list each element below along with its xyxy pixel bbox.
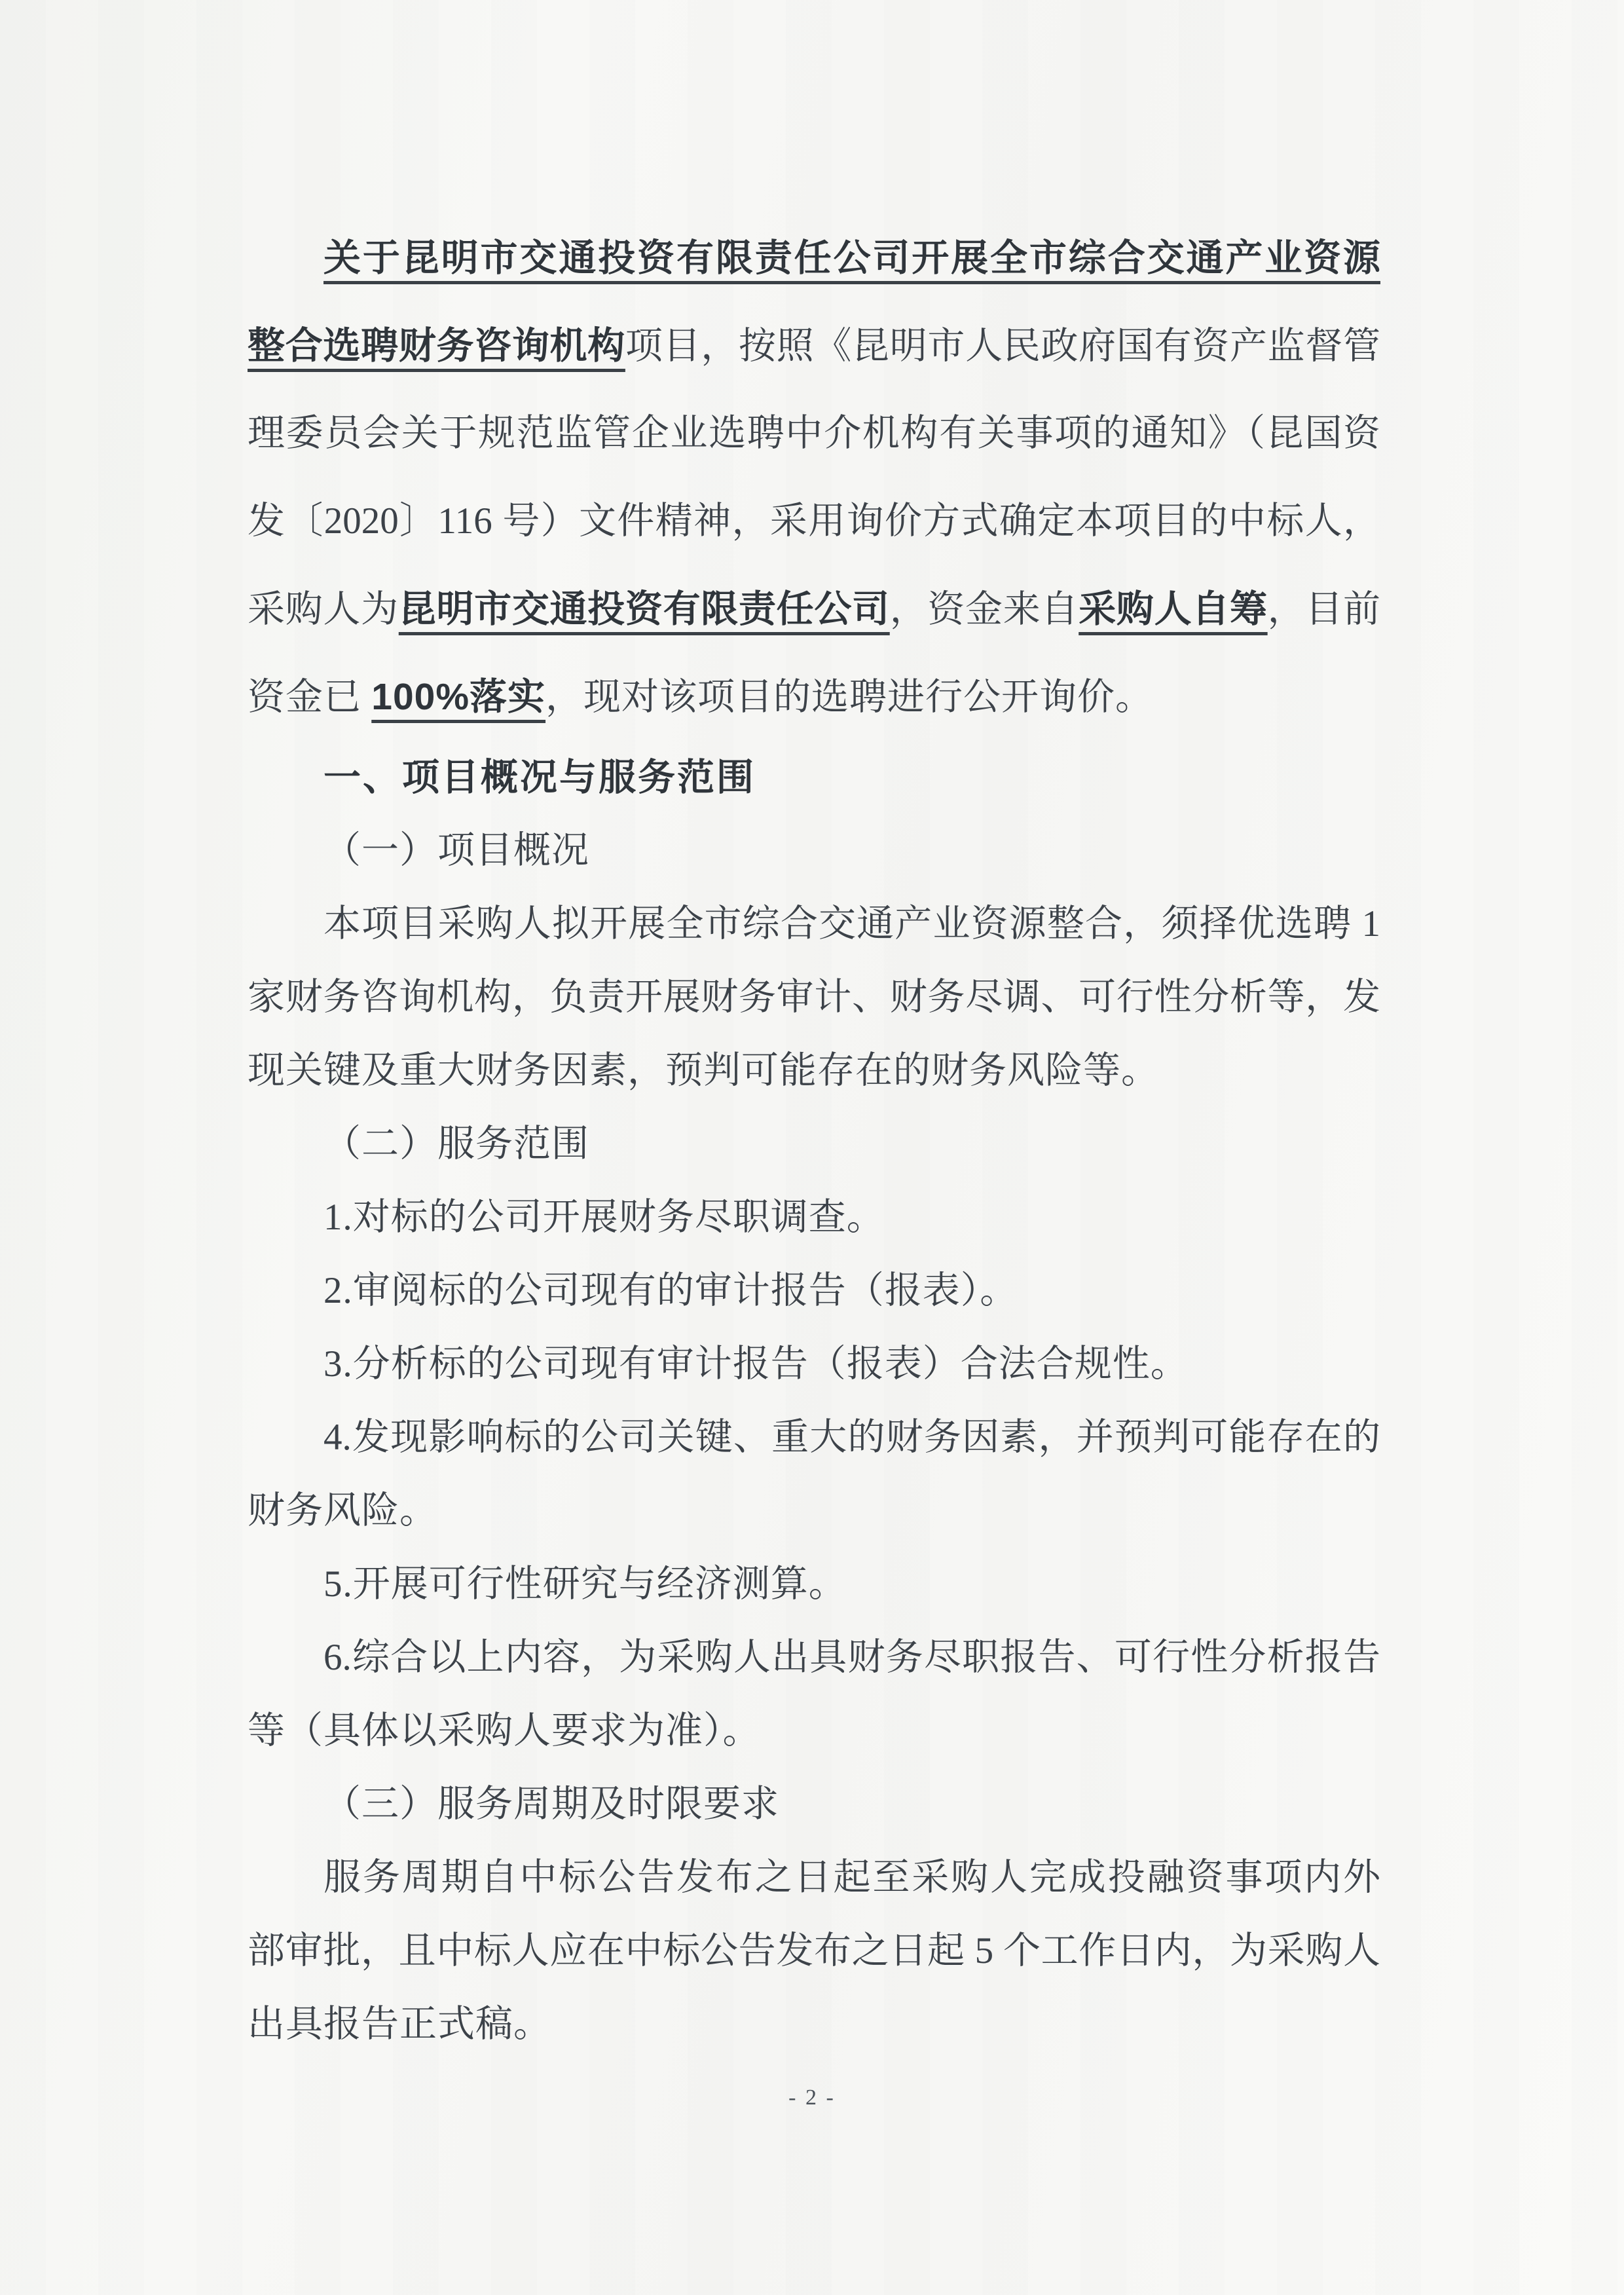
text-segment: 4.发现影响标的公司关键、重大的财务因素，并预判可能存在的 xyxy=(323,1417,1380,1458)
text-line: 整合选聘财务咨询机构项目，按照《昆明市人民政府国有资产监督管 xyxy=(248,302,1380,390)
text-line: 出具报告正式稿。 xyxy=(248,1988,1380,2061)
text-segment: 3.分析标的公司现有审计报告（报表）合法合规性。 xyxy=(323,1343,1189,1385)
text-line: 家财务咨询机构，负责开展财务审计、财务尽调、可行性分析等，发 xyxy=(248,961,1380,1034)
text-line: （三）服务周期及时限要求 xyxy=(248,1768,1380,1841)
text-segment: ，目前 xyxy=(1268,589,1380,630)
text-line: 理委员会关于规范监管企业选聘中介机构有关事项的通知》（昆国资 xyxy=(248,390,1380,477)
text-segment: 财务风险。 xyxy=(248,1490,437,1531)
text-segment: ，资金来自 xyxy=(890,589,1079,630)
text-line: 发〔2020〕116 号）文件精神，采用询价方式确定本项目的中标人， xyxy=(248,477,1380,565)
text-segment: 一、项目概况与服务范围 xyxy=(323,756,756,798)
text-segment: 1.对标的公司开展财务尽职调查。 xyxy=(323,1197,885,1238)
text-segment: 整合选聘财务咨询机构 xyxy=(248,325,625,367)
text-line: 2.审阅标的公司现有的审计报告（报表）。 xyxy=(248,1254,1380,1328)
text-segment: （一）项目概况 xyxy=(323,830,589,871)
text-segment: ，现对该项目的选聘进行公开询价。 xyxy=(545,677,1153,718)
text-segment: 6.综合以上内容，为采购人出具财务尽职报告、可行性分析报告 xyxy=(323,1637,1380,1678)
text-segment: 本项目采购人拟开展全市综合交通产业资源整合，须择优选聘 1 xyxy=(323,903,1380,944)
text-segment: 出具报告正式稿。 xyxy=(248,2004,551,2045)
text-segment: 5.开展可行性研究与经济测算。 xyxy=(323,1563,847,1605)
page-number: - 2 - xyxy=(0,2085,1624,2110)
text-segment: （三）服务周期及时限要求 xyxy=(323,1783,779,1825)
text-line: 6.综合以上内容，为采购人出具财务尽职报告、可行性分析报告 xyxy=(248,1621,1380,1694)
text-segment: 现关键及重大财务因素，预判可能存在的财务风险等。 xyxy=(248,1050,1159,1091)
text-segment: 资金已 xyxy=(248,677,371,718)
text-line: （二）服务范围 xyxy=(248,1108,1380,1181)
text-segment: 理委员会关于规范监管企业选聘中介机构有关事项的通知》（昆国资 xyxy=(248,413,1380,454)
section-heading: 一、项目概况与服务范围 xyxy=(248,741,1380,814)
scanned-document-page: 关于昆明市交通投资有限责任公司开展全市综合交通产业资源整合选聘财务咨询机构项目，… xyxy=(0,0,1624,2295)
text-segment: 等（具体以采购人要求为准）。 xyxy=(248,1710,761,1751)
text-line: 等（具体以采购人要求为准）。 xyxy=(248,1694,1380,1768)
text-segment: 家财务咨询机构，负责开展财务审计、财务尽调、可行性分析等，发 xyxy=(248,977,1380,1018)
text-line: 现关键及重大财务因素，预判可能存在的财务风险等。 xyxy=(248,1034,1380,1108)
text-segment: （二）服务范围 xyxy=(323,1123,589,1165)
text-segment: 2.审阅标的公司现有的审计报告（报表）。 xyxy=(323,1270,1018,1311)
text-line: （一）项目概况 xyxy=(248,814,1380,887)
text-line: 服务周期自中标公告发布之日起至采购人完成投融资事项内外 xyxy=(248,1841,1380,1914)
text-line: 1.对标的公司开展财务尽职调查。 xyxy=(248,1181,1380,1254)
text-segment: 部审批，且中标人应在中标公告发布之日起 5 个工作日内，为采购人 xyxy=(248,1930,1380,1971)
text-segment: 关于昆明市交通投资有限责任公司开展全市综合交通产业资源 xyxy=(323,237,1380,279)
text-segment: 100%落实 xyxy=(371,676,545,718)
text-line: 5.开展可行性研究与经济测算。 xyxy=(248,1548,1380,1621)
document-body: 关于昆明市交通投资有限责任公司开展全市综合交通产业资源整合选聘财务咨询机构项目，… xyxy=(248,214,1380,2061)
text-line: 财务风险。 xyxy=(248,1474,1380,1548)
text-line: 本项目采购人拟开展全市综合交通产业资源整合，须择优选聘 1 xyxy=(248,887,1380,961)
text-line: 资金已 100%落实，现对该项目的选聘进行公开询价。 xyxy=(248,653,1380,741)
text-line: 部审批，且中标人应在中标公告发布之日起 5 个工作日内，为采购人 xyxy=(248,1914,1380,1988)
text-segment: 项目，按照《昆明市人民政府国有资产监督管 xyxy=(625,326,1380,367)
text-line: 3.分析标的公司现有审计报告（报表）合法合规性。 xyxy=(248,1328,1380,1401)
text-segment: 采购人自筹 xyxy=(1079,588,1267,630)
text-segment: 服务周期自中标公告发布之日起至采购人完成投融资事项内外 xyxy=(323,1857,1380,1898)
text-line: 关于昆明市交通投资有限责任公司开展全市综合交通产业资源 xyxy=(248,214,1380,302)
text-segment: 昆明市交通投资有限责任公司 xyxy=(399,588,890,630)
text-segment: 采购人为 xyxy=(248,589,399,630)
text-segment: 发〔2020〕116 号）文件精神，采用询价方式确定本项目的中标人， xyxy=(248,500,1380,542)
text-line: 采购人为昆明市交通投资有限责任公司，资金来自采购人自筹，目前 xyxy=(248,565,1380,653)
text-line: 4.发现影响标的公司关键、重大的财务因素，并预判可能存在的 xyxy=(248,1401,1380,1474)
